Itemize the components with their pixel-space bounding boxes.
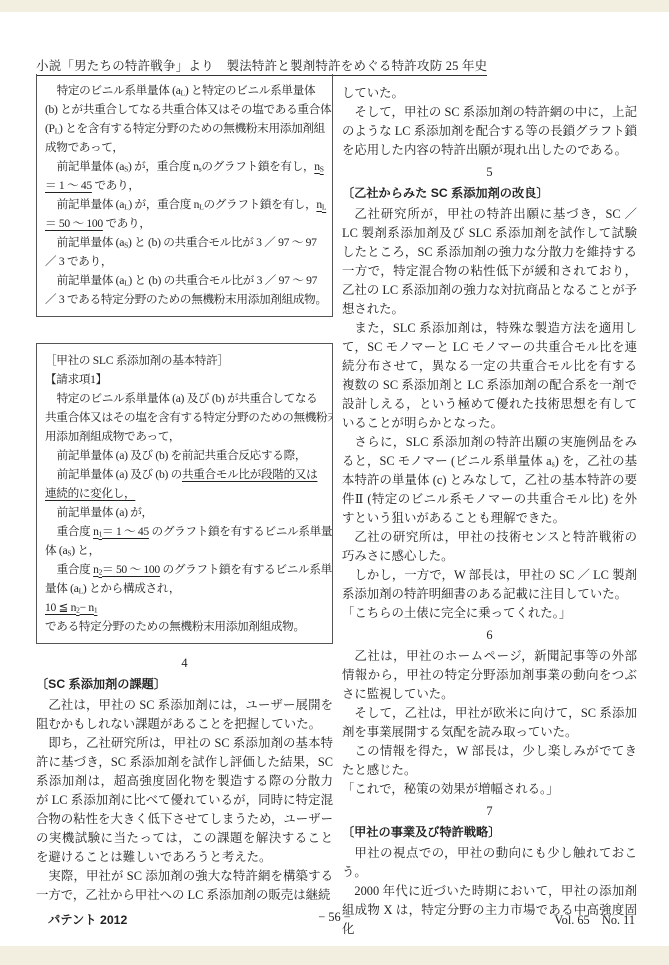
section-5-body: 乙社研究所が，甲社の特許出願に基づき，SC ／ LC 製剤系添加剤及び SLC … [342,205,637,623]
paragraph: 即ち，乙社研究所は，甲社の SC 系添加剤の基本特許に基づき，SC 系添加剤を試… [36,734,333,867]
paragraph: そして，乙社は，甲社が欧米に向けて，SC 系添加剤を事業展開する気配を読み取って… [342,704,637,742]
text-line: 特定のビニル系単量体 (a) 及び (b) が共重合してなる [45,389,324,408]
left-column: 特定のビニル系単量体 (aL) と特定のビニル系単量体(b) とが共重合してなる… [36,74,333,905]
text-line: 量体 (aL) とから構成され， [45,579,324,598]
continuation-body: していた。そして，甲社の SC 系添加剤の特許網の中に，上記のような LC 系添… [342,84,637,160]
section-number-7: 7 [342,802,637,821]
paragraph: していた。 [342,84,637,103]
text-line: 前記単量体 (a) 及び (b) の共重合モル比が段階的又は [45,465,324,484]
text-line: ［甲社の SLC 系添加剤の基本特許］ [45,351,324,370]
text-line: 前記単量体 (a) 及び (b) を前記共重合反応する際， [45,446,324,465]
paragraph: 「これで，秘策の効果が増幅される。」 [342,780,637,799]
section-6-body: 乙社は，甲社のホームページ，新聞記事等の外部情報から，甲社の特定分野添加剤事業の… [342,647,637,799]
text-line: 前記単量体 (a) が， [45,503,324,522]
claim-box-slc-basic-patent: ［甲社の SLC 系添加剤の基本特許］【請求項1】特定のビニル系単量体 (a) … [36,343,333,644]
text-line: 用添加剤組成物であって， [45,427,324,446]
text-line: 前記単量体 (aS) が，重合度 nsのグラフト鎖を有し，nS [45,157,324,176]
text-line: 連続的に変化し， [45,484,324,503]
document-page: 小説「男たちの特許戦争」より 製法特許と製剤特許をめぐる特許攻防 25 年史 特… [0,12,669,946]
text-line: ／ 3 であり， [45,252,324,271]
text-line: 体 (aS) と， [45,541,324,560]
paragraph: さらに，SLC 系添加剤の特許出願の実施例品をみると，SC モノマー (ビニル系… [342,433,637,528]
text-line: (PL) とを含有する特定分野のための無機粉末用添加剤組 [45,119,324,138]
section-heading-slc-improvement: 〔乙社からみた SC 系添加剤の改良〕 [342,184,637,203]
right-column: していた。そして，甲社の SC 系添加剤の特許網の中に，上記のような LC 系添… [342,84,637,939]
claim-box-continued: 特定のビニル系単量体 (aL) と特定のビニル系単量体(b) とが共重合してなる… [36,74,333,317]
section-4-body: 乙社は，甲社の SC 系添加剤には，ユーザー展開を阻むかもしれない課題があること… [36,696,333,905]
paragraph: しかし，一方で，W 部長は，甲社の SC ／ LC 製剤系添加剤の特許明細書のあ… [342,566,637,604]
section-number-5: 5 [342,163,637,182]
text-line: ／ 3 である特定分野のための無機粉末用添加剤組成物。 [45,290,324,309]
section-heading-sc-issues: 〔SC 系添加剤の課題〕 [36,675,333,694]
section-heading-kousha-strategy: 〔甲社の事業及び特許戦略〕 [342,823,637,842]
section-number-4: 4 [36,654,333,673]
paragraph: 乙社研究所が，甲社の特許出願に基づき，SC ／ LC 製剤系添加剤及び SLC … [342,205,637,319]
paragraph: 甲社の視点での，甲社の動向にも少し触れておこう。 [342,844,637,882]
paragraph: 乙社は，甲社の SC 系添加剤には，ユーザー展開を阻むかもしれない課題があること… [36,696,333,734]
text-line: 前記単量体 (aS) と (b) の共重合モル比が 3 ／ 97 ～ 97 [45,233,324,252]
text-line: ＝ 50 ～ 100 であり， [45,214,324,233]
paragraph: そして，甲社の SC 系添加剤の特許網の中に，上記のような LC 系添加剤を配合… [342,103,637,160]
paragraph: この情報を得た，W 部長は，少し楽しみがでてきたと感じた。 [342,742,637,780]
paragraph: 「こちらの土俵に完全に乗ってくれた。」 [342,604,637,623]
page-header: 小説「男たちの特許戦争」より 製法特許と製剤特許をめぐる特許攻防 25 年史 [36,56,487,74]
text-line: 10 ≦ n2− n1 [45,598,324,617]
text-line: 重合度 n2＝ 50 ～ 100 のグラフト鎖を有するビニル系単 [45,560,324,579]
text-line: (b) とが共重合してなる共重合体又はその塩である重合体 [45,100,324,119]
paragraph: 乙社は，甲社のホームページ，新聞記事等の外部情報から，甲社の特定分野添加剤事業の… [342,647,637,704]
text-line: である特定分野のための無機粉末用添加剤組成物。 [45,617,324,636]
text-line: 成物であって， [45,138,324,157]
paragraph: 乙社の研究所は，甲社の技術センスと特許戦術の巧みさに感心した。 [342,528,637,566]
text-line: 共重合体又はその塩を含有する特定分野のための無機粉末 [45,408,324,427]
text-line: 【請求項1】 [45,370,324,389]
text-line: 前記単量体 (aL) と (b) の共重合モル比が 3 ／ 97 ～ 97 [45,271,324,290]
paragraph: また，SLC 系添加剤は，特殊な製造方法を適用して，SC モノマーと LC モノ… [342,319,637,433]
volume-number: Vol. 65 No. 11 [554,910,635,928]
text-line: ＝ 1 ～ 45 であり， [45,176,324,195]
text-line: 特定のビニル系単量体 (aL) と特定のビニル系単量体 [45,81,324,100]
paragraph: 実際，甲社が SC 添加剤の強大な特許網を構築する一方で，乙社から甲社への LC… [36,867,333,905]
section-number-6: 6 [342,626,637,645]
text-line: 重合度 n1＝ 1 ～ 45 のグラフト鎖を有するビニル系単量 [45,522,324,541]
text-line: 前記単量体 (aL) が，重合度 nLのグラフト鎖を有し，nL [45,195,324,214]
